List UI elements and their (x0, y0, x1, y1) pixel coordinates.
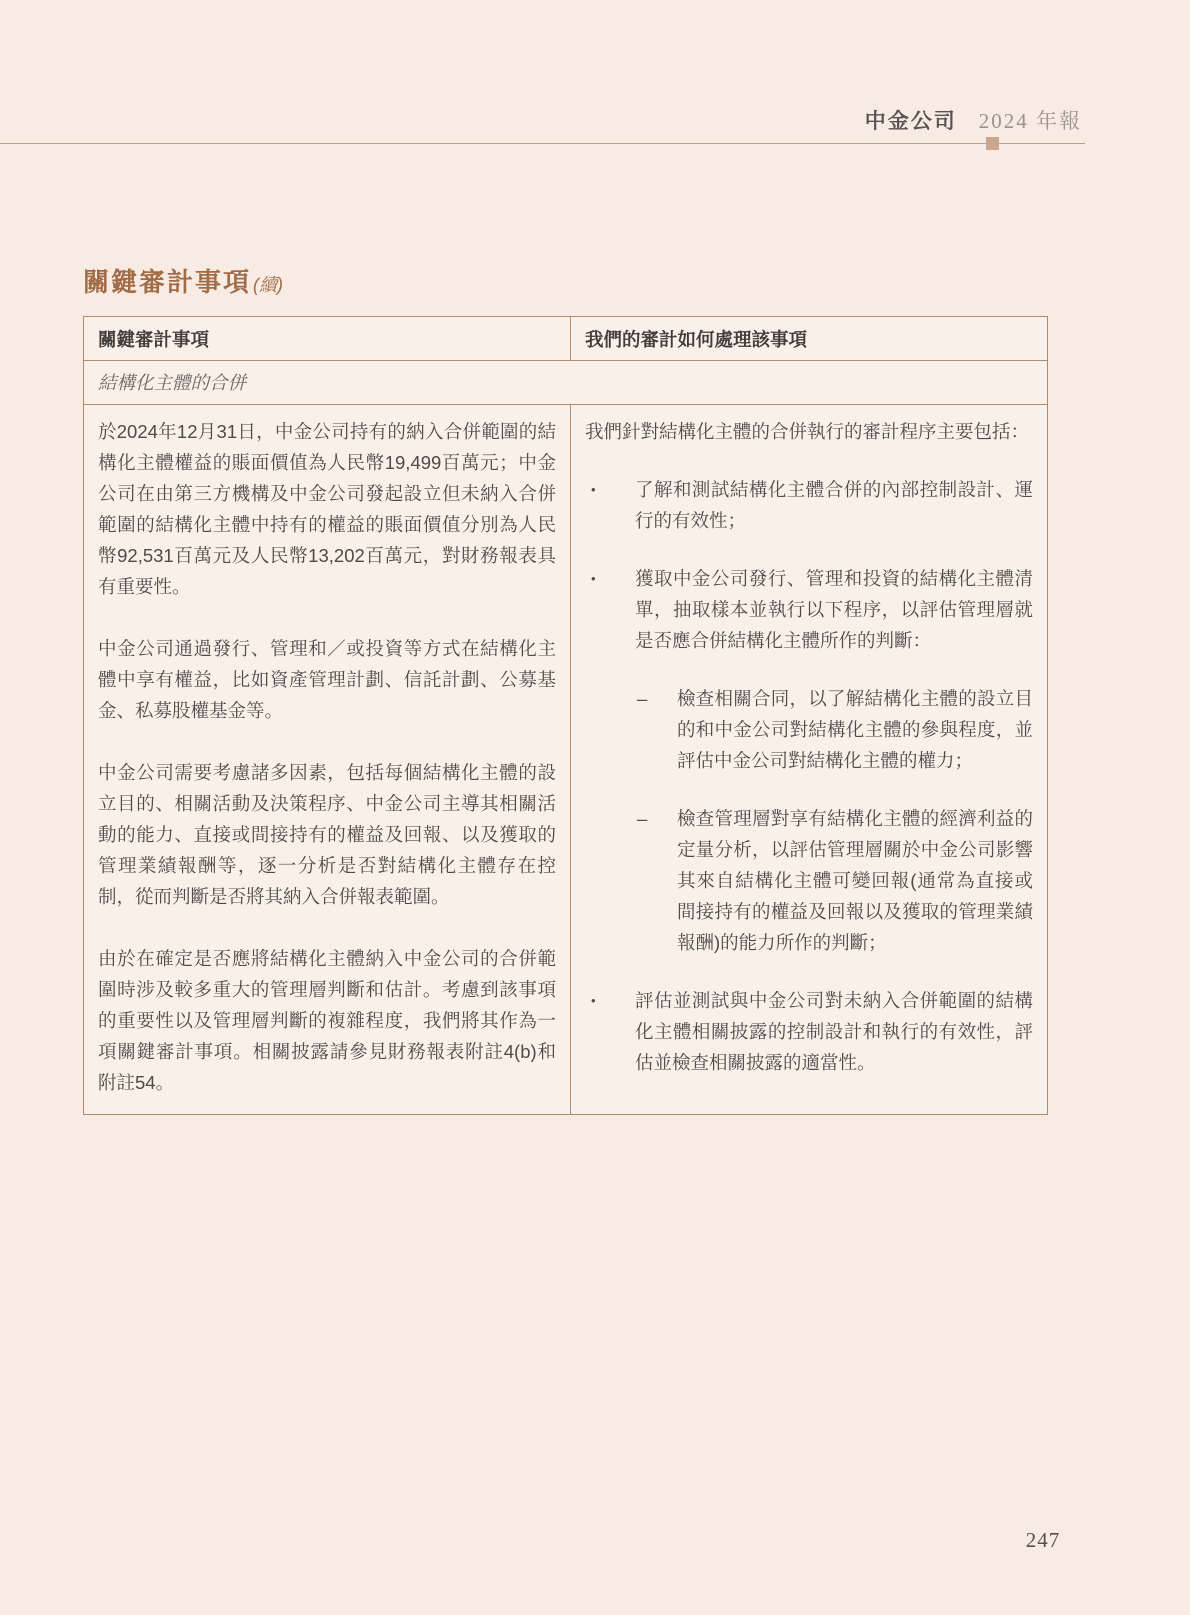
audit-response-cell: 我們針對結構化主體的合併執行的審計程序主要包括： •了解和測試結構化主體合併的內… (571, 405, 1047, 1114)
page-title: 關鍵審計事項(續) (83, 262, 283, 299)
report-year: 2024 年報 (979, 109, 1082, 133)
page-title-main: 關鍵審計事項 (83, 267, 251, 297)
matter-paragraph: 由於在確定是否應將結構化主體納入中金公司的合併範圍時涉及較多重大的管理層判斷和估… (98, 943, 556, 1098)
audit-procedures-intro: 我們針對結構化主體的合併執行的審計程序主要包括： (585, 416, 1033, 447)
key-audit-matter-cell: 於2024年12月31日，中金公司持有的納入合併範圍的結構化主體權益的賬面價值為… (84, 405, 571, 1114)
table-header-row: 關鍵審計事項 我們的審計如何處理該事項 (84, 317, 1047, 361)
procedure-item: •了解和測試結構化主體合併的內部控制設計、運行的有效性； (585, 474, 1033, 536)
bullet-marker: • (585, 474, 635, 536)
dash-marker: – (631, 683, 677, 776)
procedure-text: 獲取中金公司發行、管理和投資的結構化主體清單，抽取樣本並執行以下程序，以評估管理… (635, 563, 1033, 656)
running-header: 中金公司2024 年報 (865, 105, 1082, 135)
audit-procedures-list: •了解和測試結構化主體合併的內部控制設計、運行的有效性；•獲取中金公司發行、管理… (585, 474, 1033, 1078)
dash-marker: – (631, 803, 677, 958)
company-name: 中金公司 (865, 109, 957, 133)
procedure-item: •獲取中金公司發行、管理和投資的結構化主體清單，抽取樣本並執行以下程序，以評估管… (585, 563, 1033, 656)
matter-paragraph: 中金公司需要考慮諸多因素，包括每個結構化主體的設立目的、相關活動及決策程序、中金… (98, 757, 556, 912)
column-header-audit-response: 我們的審計如何處理該事項 (571, 317, 1047, 360)
sub-procedure-item: –檢查相關合同，以了解結構化主體的設立目的和中金公司對結構化主體的參與程度，並評… (631, 683, 1033, 776)
matter-subheader: 結構化主體的合併 (84, 361, 1047, 405)
column-header-key-audit-matter: 關鍵審計事項 (84, 317, 571, 360)
sub-procedure-item: –檢查管理層對享有結構化主體的經濟利益的定量分析，以評估管理層關於中金公司影響其… (631, 803, 1033, 958)
procedure-text: 檢查相關合同，以了解結構化主體的設立目的和中金公司對結構化主體的參與程度，並評估… (677, 683, 1033, 776)
procedure-item: •評估並測試與中金公司對未納入合併範圍的結構化主體相關披露的控制設計和執行的有效… (585, 985, 1033, 1078)
matter-paragraph: 於2024年12月31日，中金公司持有的納入合併範圍的結構化主體權益的賬面價值為… (98, 416, 556, 602)
procedure-text: 了解和測試結構化主體合併的內部控制設計、運行的有效性； (635, 474, 1033, 536)
page-title-continued: (續) (253, 275, 283, 295)
table-body-row: 於2024年12月31日，中金公司持有的納入合併範圍的結構化主體權益的賬面價值為… (84, 405, 1047, 1114)
header-square-marker (986, 137, 999, 150)
header-rule (0, 143, 1085, 144)
page-number: 247 (1008, 1528, 1078, 1553)
procedure-text: 評估並測試與中金公司對未納入合併範圍的結構化主體相關披露的控制設計和執行的有效性… (635, 985, 1033, 1078)
bullet-marker: • (585, 563, 635, 656)
key-audit-matters-table: 關鍵審計事項 我們的審計如何處理該事項 結構化主體的合併 於2024年12月31… (83, 316, 1048, 1115)
bullet-marker: • (585, 985, 635, 1078)
procedure-text: 檢查管理層對享有結構化主體的經濟利益的定量分析，以評估管理層關於中金公司影響其來… (677, 803, 1033, 958)
matter-paragraph: 中金公司通過發行、管理和／或投資等方式在結構化主體中享有權益，比如資產管理計劃、… (98, 633, 556, 726)
report-page: 中金公司2024 年報 關鍵審計事項(續) 關鍵審計事項 我們的審計如何處理該事… (0, 0, 1190, 1615)
